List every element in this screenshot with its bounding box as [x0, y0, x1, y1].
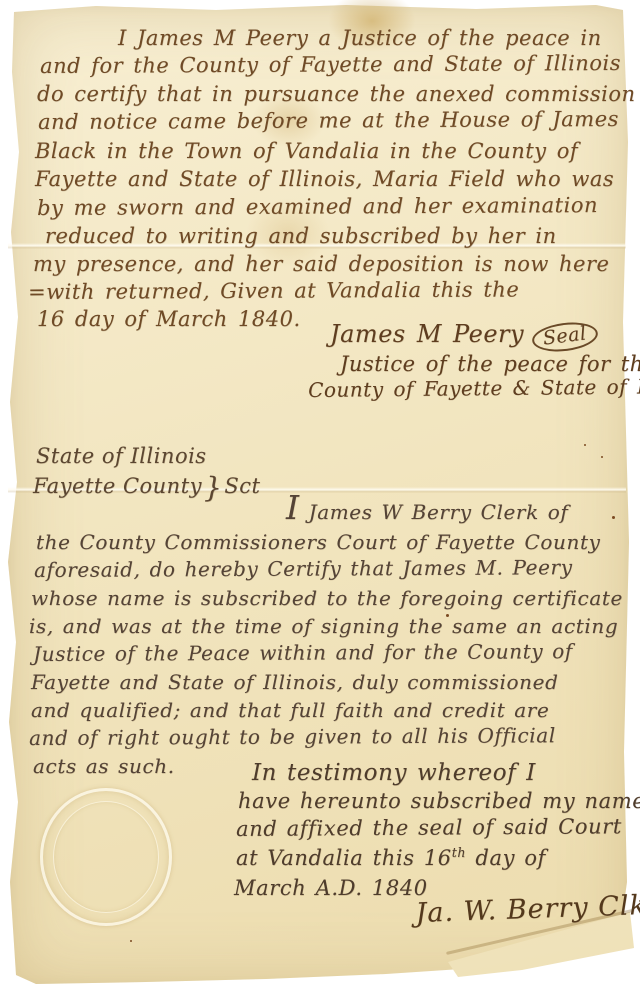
manuscript-line: and for the County of Fayette and State … — [40, 51, 621, 78]
manuscript-line: aforesaid, do hereby Certify that James … — [34, 555, 573, 582]
manuscript-line: have hereunto subscribed my name — [238, 789, 640, 813]
manuscript-line: I James W Berry Clerk of — [286, 500, 568, 524]
date-line-tail: day of — [466, 846, 546, 870]
manuscript-line: =with returned, Given at Vandalia this t… — [28, 277, 519, 304]
date-line-text: at Vandalia this 16 — [236, 846, 452, 870]
ink-speck — [612, 516, 615, 519]
manuscript-line: Fayette and State of Illinois, duly comm… — [31, 670, 558, 694]
manuscript-line: and affixed the seal of said Court — [236, 814, 622, 841]
manuscript-line: March A.D. 1840 — [234, 876, 428, 900]
manuscript-line: do certify that in pursuance the anexed … — [37, 82, 636, 106]
jurat-county-line: Fayette County}Sct — [33, 471, 260, 504]
signature-title-line: Justice of the peace for the — [340, 352, 640, 376]
manuscript-line: Justice of the Peace within and for the … — [33, 639, 573, 666]
manuscript-line: I James M Peery a Justice of the peace i… — [118, 26, 602, 50]
signature-james-m-peery: James M PeerySeal — [330, 320, 598, 351]
county-name: Fayette County — [33, 474, 202, 498]
manuscript-line: my presence, and her said deposition is … — [33, 252, 609, 276]
embossed-court-seal — [40, 788, 172, 926]
ink-speck — [601, 456, 603, 458]
manuscript-line: acts as such. — [33, 754, 175, 778]
manuscript-line: and qualified; and that full faith and c… — [31, 698, 549, 722]
brace-flourish: } — [204, 471, 222, 504]
flourished-initial: I — [286, 488, 300, 527]
scanned-document: I James M Peery a Justice of the peace i… — [0, 0, 640, 995]
manuscript-line: the County Commissioners Court of Fayett… — [36, 530, 601, 554]
ordinal-suffix: th — [452, 845, 466, 860]
signature-title-line: County of Fayette & State of Illinois — [308, 374, 640, 402]
jurat-state-line: State of Illinois — [36, 444, 207, 468]
manuscript-line: and of right ought to be given to all hi… — [29, 723, 556, 750]
manuscript-line: In testimony whereof I — [252, 760, 536, 786]
manuscript-line: by me sworn and examined and her examina… — [37, 193, 598, 220]
manuscript-line: Fayette and State of Illinois, Maria Fie… — [35, 167, 614, 191]
manuscript-line: and notice came before me at the House o… — [38, 107, 619, 134]
manuscript-line: at Vandalia this 16th day of — [236, 845, 546, 870]
ink-speck — [130, 940, 132, 942]
ink-speck — [584, 444, 586, 446]
manuscript-line: reduced to writing and subscribed by her… — [45, 224, 557, 248]
manuscript-line: whose name is subscribed to the foregoin… — [31, 586, 623, 610]
jurat-abbreviation: Sct — [224, 474, 260, 498]
manuscript-line: is, and was at the time of signing the s… — [29, 614, 618, 638]
opening-text: James W Berry Clerk of — [300, 500, 569, 524]
manuscript-line: Black in the Town of Vandalia in the Cou… — [35, 139, 578, 163]
manuscript-line: 16 day of March 1840. — [37, 307, 301, 331]
signature-name: James M Peery — [330, 320, 524, 348]
seal-flourish: Seal — [531, 319, 600, 355]
